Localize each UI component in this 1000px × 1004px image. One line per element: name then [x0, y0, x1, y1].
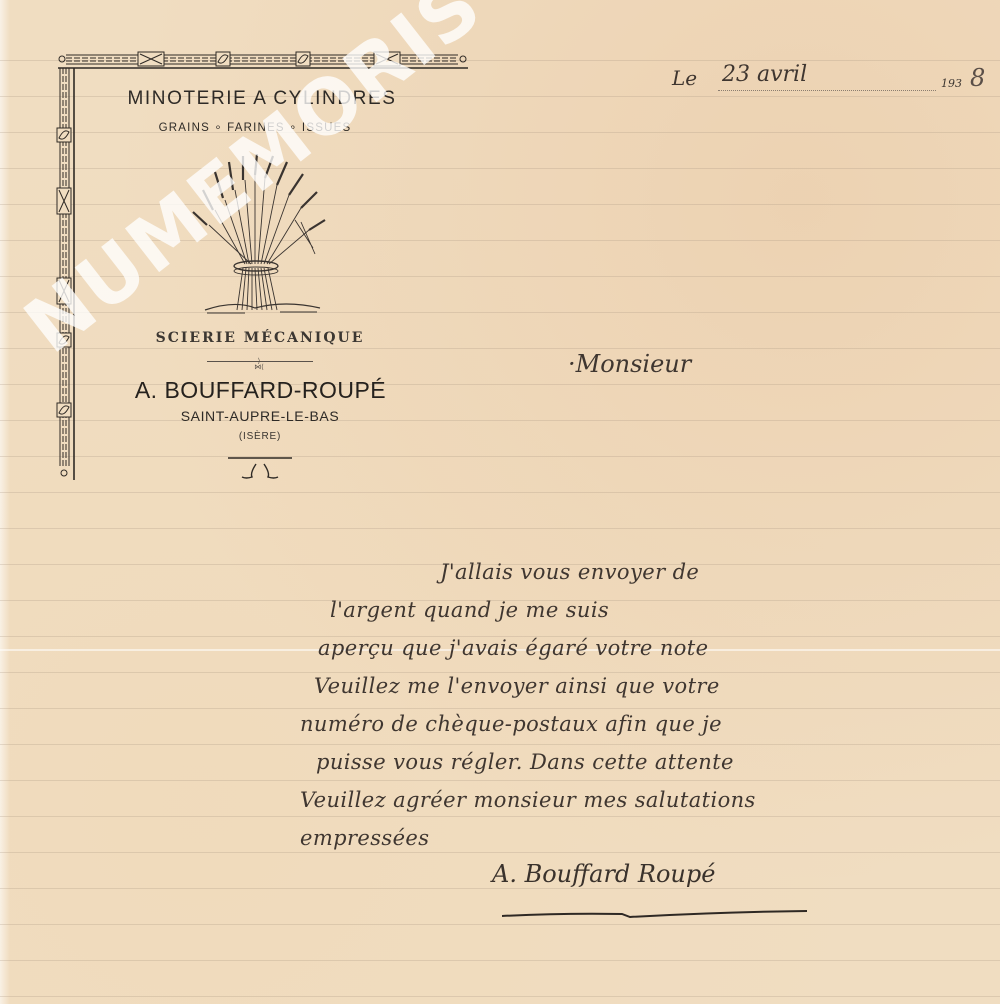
signature: A. Bouffard Roupé: [492, 860, 715, 888]
date-day-month: 23 avril: [722, 62, 807, 87]
body-line: Veuillez agréer monsieur mes salutations: [300, 788, 756, 812]
body-line: J'allais vous envoyer de: [440, 560, 699, 584]
date-year-handwritten: 8: [970, 64, 985, 92]
ruled-lines: [0, 0, 1000, 1004]
salutation: ·Monsieur: [568, 350, 691, 378]
letterhead-footer-ornament-icon: [226, 455, 296, 483]
company-name: A. BOUFFARD-ROUPÉ: [88, 377, 433, 404]
body-line: empressées: [300, 826, 429, 850]
body-line: l'argent quand je me suis: [330, 598, 609, 622]
letter-page: MINOTERIE A CYLINDRES GRAINS ∘ FARINES ∘…: [0, 0, 1000, 1004]
body-line: aperçu que j'avais égaré votre note: [318, 636, 708, 660]
date-prefix: Le: [672, 66, 697, 90]
signature-flourish-icon: [502, 910, 807, 918]
date-dotted-line: [718, 90, 936, 91]
body-line: puisse vous régler. Dans cette attente: [316, 750, 734, 774]
company-town: SAINT-AUPRE-LE-BAS: [120, 408, 400, 424]
divider-ornament: ⟩⋈⟨: [253, 358, 265, 364]
body-line: numéro de chèque-postaux afin que je: [300, 712, 722, 736]
body-line: Veuillez me l'envoyer ainsi que votre: [314, 674, 720, 698]
date-year-printed: 193: [941, 77, 962, 90]
company-region: (ISÈRE): [200, 431, 320, 442]
letterhead-trade: SCIERIE MÉCANIQUE: [100, 330, 420, 346]
